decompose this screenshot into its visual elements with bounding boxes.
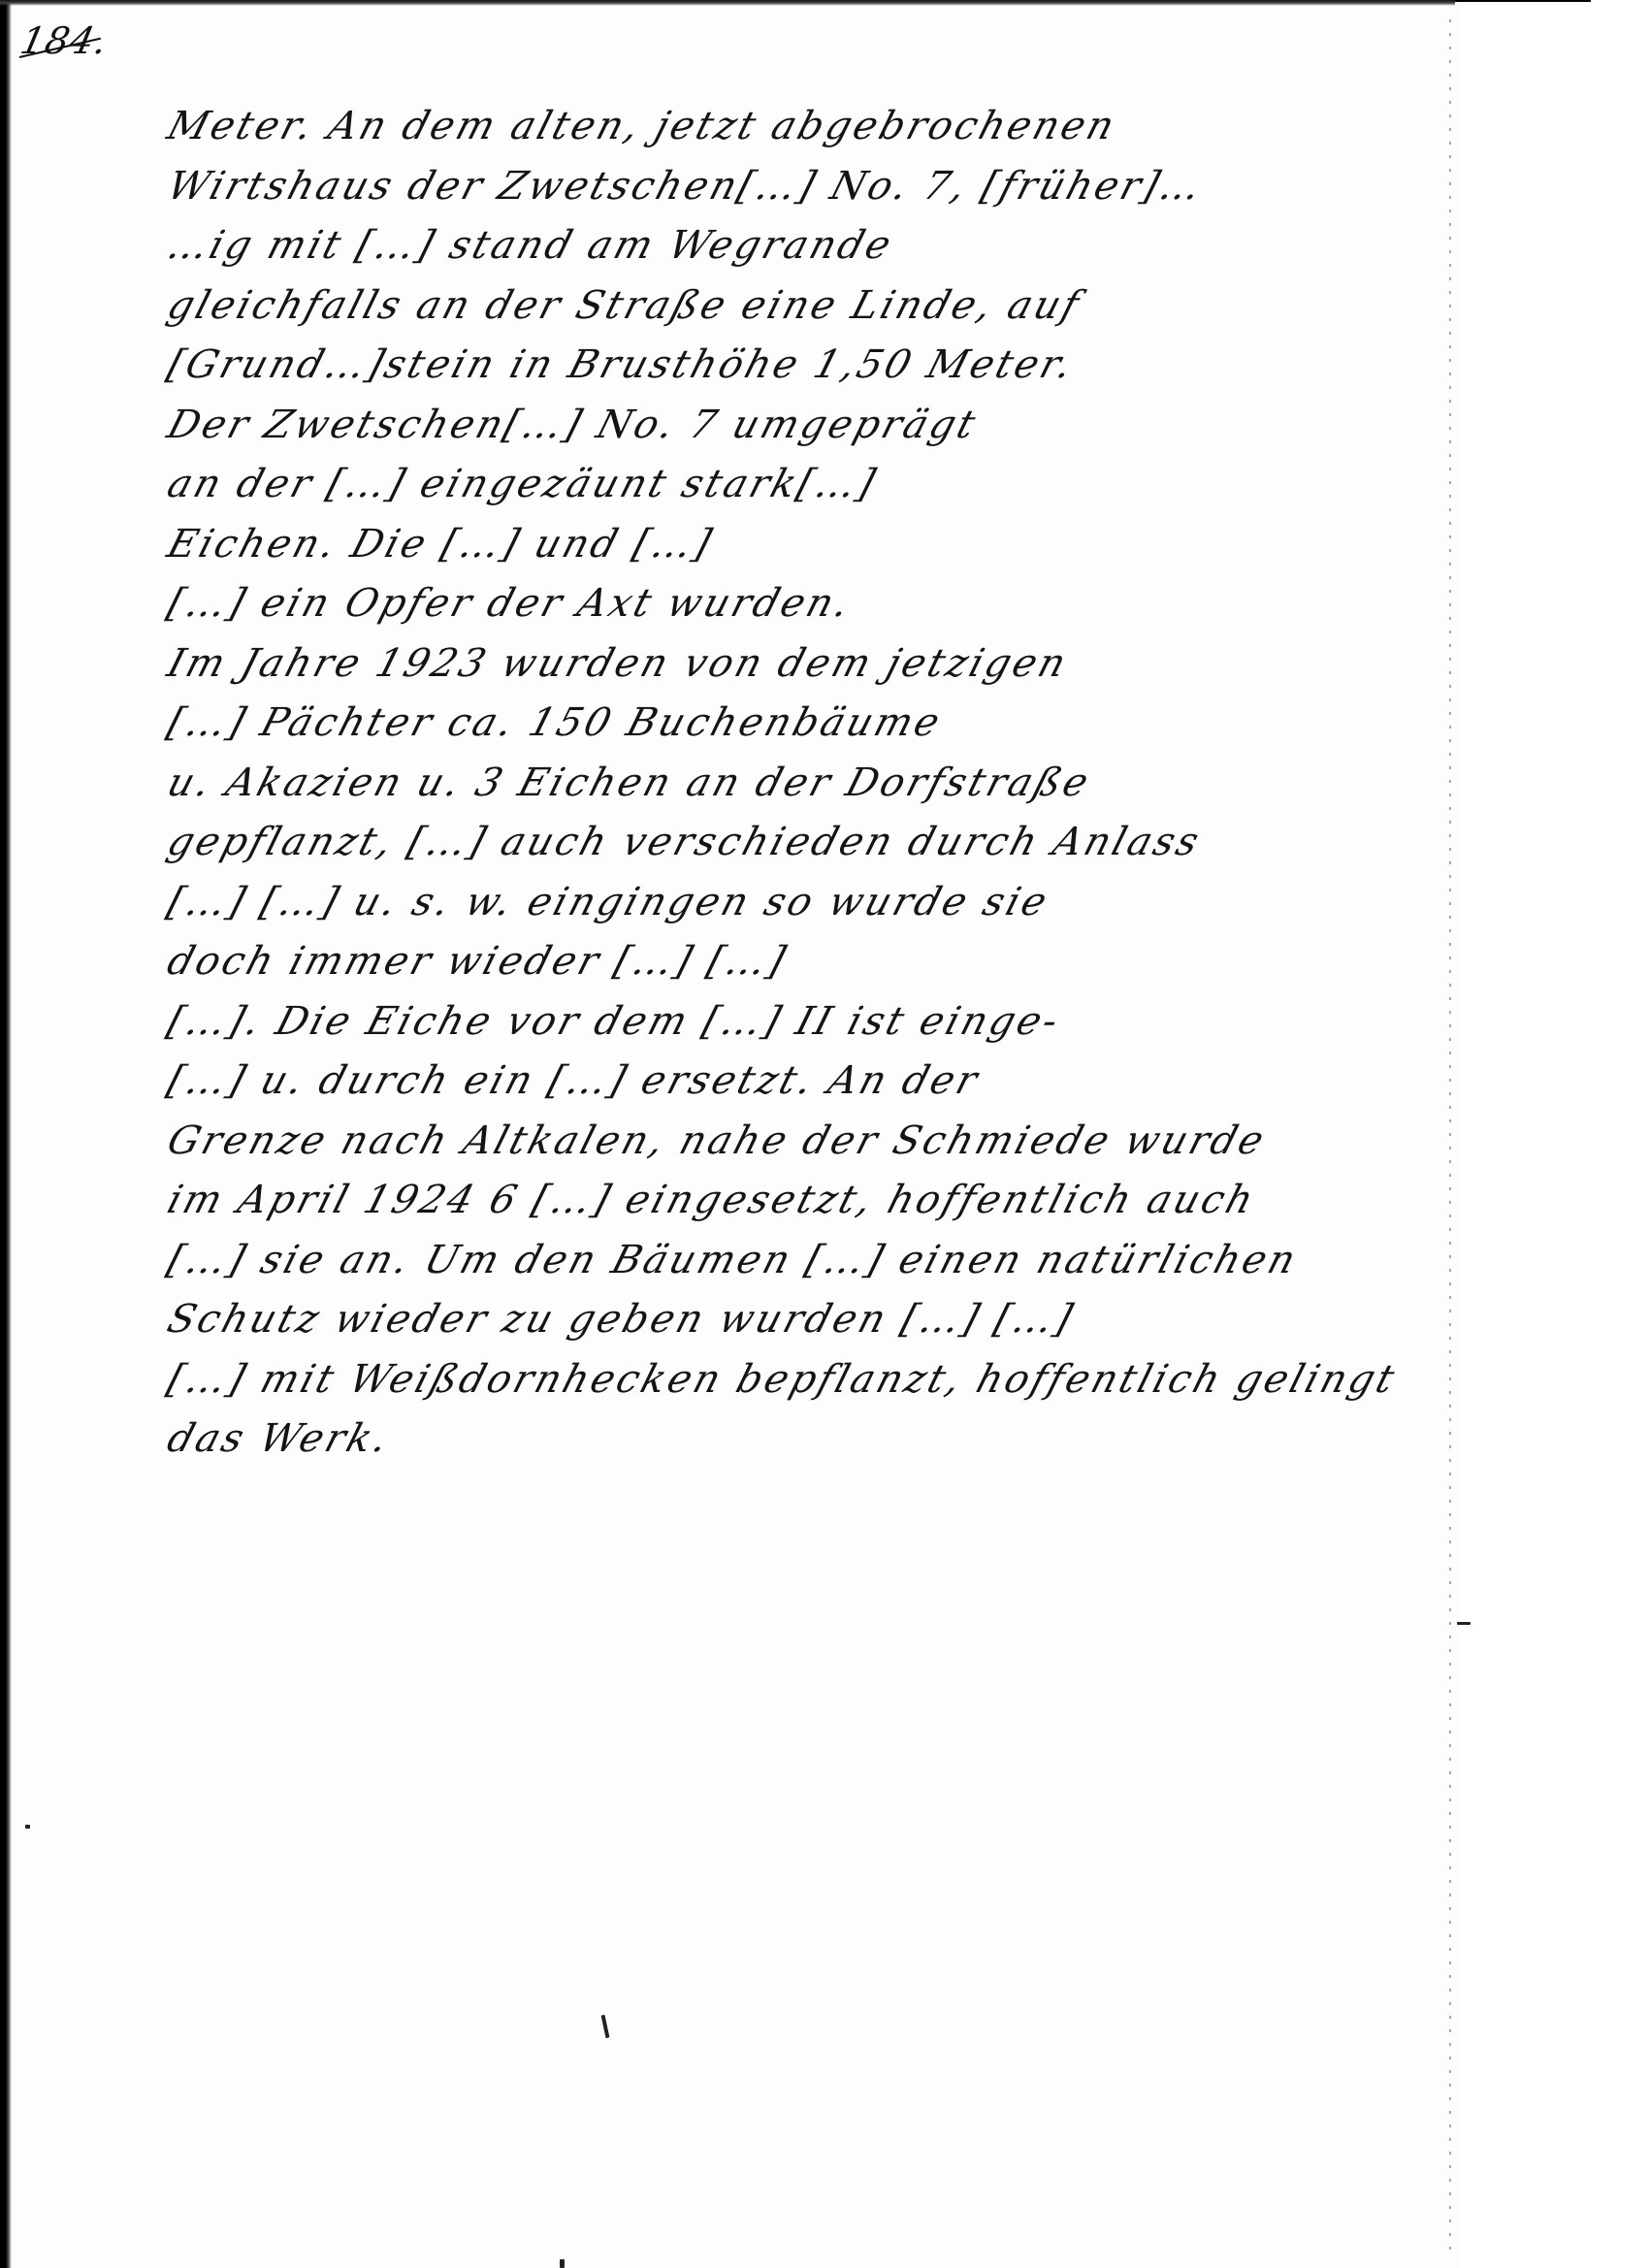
text-line: gepflanzt, […] auch verschieden durch An… bbox=[160, 813, 1468, 873]
text-line: gleichfalls an der Straße eine Linde, au… bbox=[160, 276, 1468, 337]
text-line: […] sie an. Um den Bäumen […] einen natü… bbox=[160, 1231, 1468, 1291]
text-line: Wirtshaus der Zwetschen[…] No. 7, [frühe… bbox=[160, 157, 1468, 217]
text-line: […] ein Opfer der Axt wurden. bbox=[160, 574, 1468, 634]
text-line: …ig mit […] stand am Wegrande bbox=[160, 216, 1468, 276]
scan-border-line bbox=[1455, 0, 1591, 2]
text-line: […] […] u. s. w. eingingen so wurde sie bbox=[160, 873, 1468, 933]
handwritten-text-block: Meter. An dem alten, jetzt abgebrochenen… bbox=[160, 97, 1450, 1470]
page-number: 184. bbox=[16, 19, 112, 62]
ink-speck bbox=[601, 2015, 610, 2038]
ink-speck bbox=[25, 1825, 30, 1829]
text-line: Schutz wieder zu geben wurden […] […] bbox=[160, 1290, 1468, 1350]
text-line: […] u. durch ein […] ersetzt. An der bbox=[160, 1052, 1468, 1112]
text-line: an der […] eingezäunt stark[…] bbox=[160, 455, 1468, 515]
text-line: im April 1924 6 […] eingesetzt, hoffentl… bbox=[160, 1171, 1468, 1231]
ink-speck bbox=[1457, 1622, 1471, 1625]
ink-speck bbox=[560, 2259, 565, 2268]
text-line: Eichen. Die […] und […] bbox=[160, 515, 1468, 575]
text-line: das Werk. bbox=[160, 1409, 1468, 1470]
manuscript-page: 184. Meter. An dem alten, jetzt abgebroc… bbox=[0, 0, 1460, 2268]
scan-left-edge bbox=[0, 0, 12, 2268]
text-line: Meter. An dem alten, jetzt abgebrochenen bbox=[160, 97, 1468, 157]
text-line: [Grund…]stein in Brusthöhe 1,50 Meter. bbox=[160, 336, 1468, 396]
scan-top-edge bbox=[0, 0, 1455, 6]
text-line: […] Pächter ca. 150 Buchenbäume bbox=[160, 694, 1468, 754]
text-line: […] mit Weißdornhecken bepflanzt, hoffen… bbox=[160, 1350, 1468, 1410]
text-line: doch immer wieder […] […] bbox=[160, 932, 1468, 992]
text-line: u. Akazien u. 3 Eichen an der Dorfstraße bbox=[160, 754, 1468, 814]
text-line: Grenze nach Altkalen, nahe der Schmiede … bbox=[160, 1112, 1468, 1172]
text-line: Der Zwetschen[…] No. 7 umgeprägt bbox=[160, 396, 1468, 456]
text-line: Im Jahre 1923 wurden von dem jetzigen bbox=[160, 634, 1468, 695]
text-line: […]. Die Eiche vor dem […] II ist einge- bbox=[160, 992, 1468, 1053]
